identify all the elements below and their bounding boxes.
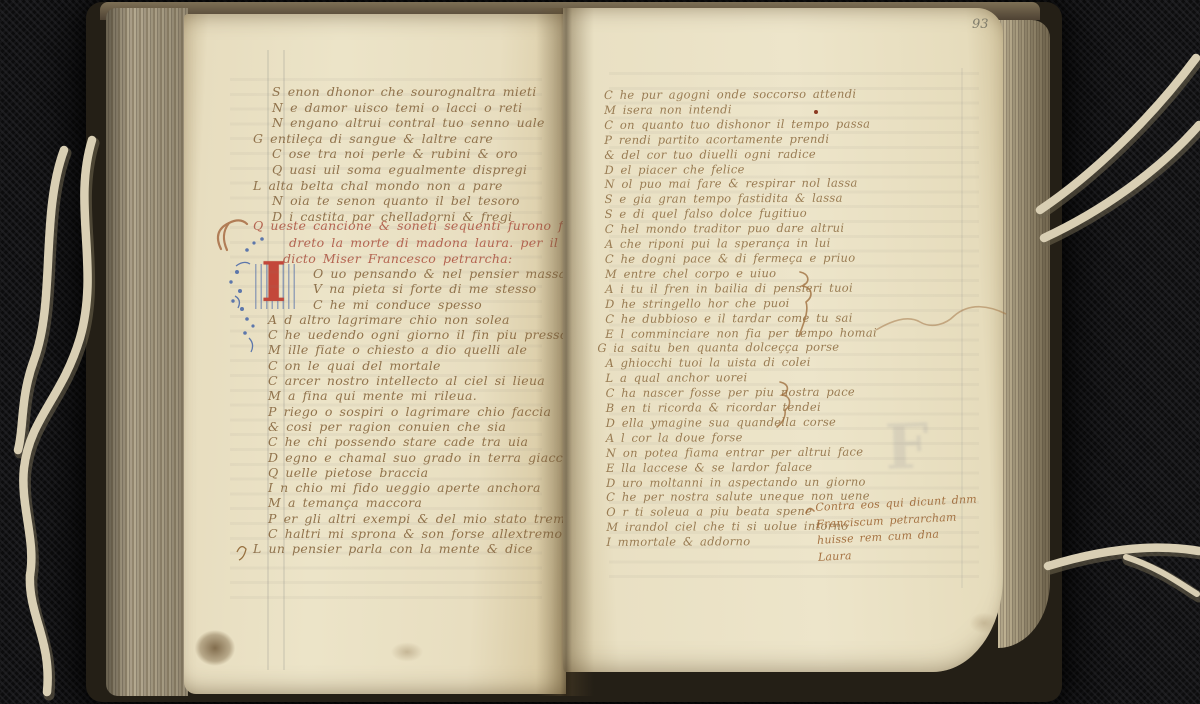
verse-line: C ha nascer fosse per piu nostra pace <box>606 385 878 401</box>
verse-line: S e gia gran tempo fastidita & lassa <box>605 191 877 207</box>
verse-line: G ia saitu ben quanta dolceçça porse <box>597 340 877 356</box>
left-page-edge-stack <box>106 8 188 696</box>
canzone-lines: O uo pensando & nel pensier massaleV na … <box>253 266 553 557</box>
verse-line: & del cor tuo diuelli ogni radice <box>604 146 876 162</box>
sonnet-block: S enon dhonor che sourognaltra mietiN e … <box>253 84 545 224</box>
left-page: S enon dhonor che sourognaltra mietiN e … <box>184 14 566 694</box>
verse-line: D uro moltanni in aspectando un giorno <box>606 474 878 490</box>
verse-line: N on potea fiama entrar per altrui face <box>606 444 878 460</box>
verse-line: N ol puo mai fare & respirar nol lassa <box>604 176 876 192</box>
verse-line: M a fina qui mente mi rileua. <box>268 388 553 403</box>
verse-line: N oia te senon quanto il bel tesoro <box>272 193 545 209</box>
verse-line: N e damor uisco temi o lacci o reti <box>272 100 545 116</box>
verse-line: P er gli altri exempi & del mio stato tr… <box>268 511 553 526</box>
verse-line: V na pieta si forte di me stesso <box>268 281 553 296</box>
verse-line: L a qual anchor uorei <box>605 370 877 386</box>
verse-line: C he chi possendo stare cade tra uia <box>268 434 553 449</box>
verse-line: C he pur agogni onde soccorso attendi <box>604 87 876 103</box>
verse-line: C hel mondo traditor puo dare altrui <box>605 221 877 237</box>
ink-stain <box>188 624 242 672</box>
verse-line: C arcer nostro intellecto al ciel si lie… <box>268 373 553 388</box>
rubric-block: Q ueste cancione & soneti sequenti furon… <box>253 218 588 268</box>
verse-line: Q uasi uil soma egualmente dispregi <box>272 162 545 178</box>
verse-line: C he dubbioso e il tardar come tu sai <box>605 310 877 326</box>
verse-line: I n chio mi fido ueggio aperte anchora <box>268 480 553 495</box>
verse-line: C ose tra noi perle & rubini & oro <box>272 146 545 162</box>
verse-line: M entre chel corpo e uiuo <box>605 265 877 281</box>
verse-line: P riego o sospiri o lagrimare chio facci… <box>268 404 553 419</box>
verse-line: B en ti ricorda & ricordar tendei <box>606 400 878 416</box>
manuscript-photo: S enon dhonor che sourognaltra mietiN e … <box>0 0 1200 704</box>
verse-line: M ille fiate o chiesto a dio quelli ale <box>268 342 553 357</box>
right-page-fore-edge <box>998 20 1050 648</box>
folio-number: 93 <box>972 17 989 32</box>
verse-line: E lla laccese & se lardor falace <box>606 459 878 475</box>
verse-line: Q uelle pietose braccia <box>268 465 553 480</box>
verse-line: S e di quel falso dolce fugitiuo <box>605 206 877 222</box>
ruling-line <box>961 68 963 588</box>
verse-line: A ghiocchi tuoi la uista di colei <box>605 355 877 371</box>
verse-line: A l cor la doue forse <box>606 429 878 445</box>
verse-line: C he dogni pace & di fermeça e priuo <box>605 251 877 267</box>
rubric-line: dreto la morte di madona laura. per il p… <box>289 235 588 252</box>
verse-line: C he mi conduce spesso <box>282 297 553 312</box>
verse-line: M a temança maccora <box>268 495 553 510</box>
verse-line: & cosi per ragion conuien che sia <box>268 419 553 434</box>
verse-line: N engano altrui contral tuo senno uale <box>272 115 545 131</box>
verse-line: P rendi partito acortamente prendi <box>604 131 876 147</box>
verse-line: A d altro lagrimare chio non solea <box>268 312 553 327</box>
right-page: 93 C he pur agogni onde soccorso attendi… <box>563 8 1003 672</box>
verse-line: D he stringello hor che puoi <box>605 295 877 311</box>
canzone-continuation-block: C he pur agogni onde soccorso attendiM i… <box>596 87 878 551</box>
verse-line: D egno e chamal suo grado in terra giacc… <box>268 450 553 465</box>
verse-line: C on le quai del mortale <box>268 358 553 373</box>
verse-line: A che riponi pui la sperança in lui <box>605 236 877 252</box>
verse-line: G entileça di sangue & laltre care <box>253 131 545 147</box>
rubric-line: Q ueste cancione & soneti sequenti furon… <box>253 218 588 235</box>
ink-stain <box>384 638 430 666</box>
verse-line: L un pensier parla con la mente & dice <box>253 541 553 556</box>
verse-line: D el piacer che felice <box>604 161 876 177</box>
verse-line: A i tu il fren in bailia di pensieri tuo… <box>605 280 877 296</box>
verse-line: D ella ymagine sua quandella corse <box>606 414 878 430</box>
verse-line: C on quanto tuo dishonor il tempo passa <box>604 116 876 132</box>
verse-line: M isera non intendi <box>604 101 876 117</box>
verse-line: E l comminciare non fia per tempo homai <box>605 325 877 341</box>
verse-line: S enon dhonor che sourognaltra mieti <box>272 84 545 100</box>
verse-line: O uo pensando & nel pensier massale <box>268 266 553 281</box>
verse-line: C he uedendo ogni giorno il fin piu pres… <box>268 327 553 342</box>
canzone-block: I O uo pensando & nel pensier massaleV n… <box>253 266 553 557</box>
verse-line: C haltri mi sprona & son forse allextrem… <box>268 526 553 541</box>
bleedthrough-letter: F <box>884 409 931 483</box>
verse-line: L alta belta chal mondo non a pare <box>253 178 545 194</box>
marginal-note: Contra eos qui dicunt dnmFranciscum petr… <box>815 491 998 566</box>
